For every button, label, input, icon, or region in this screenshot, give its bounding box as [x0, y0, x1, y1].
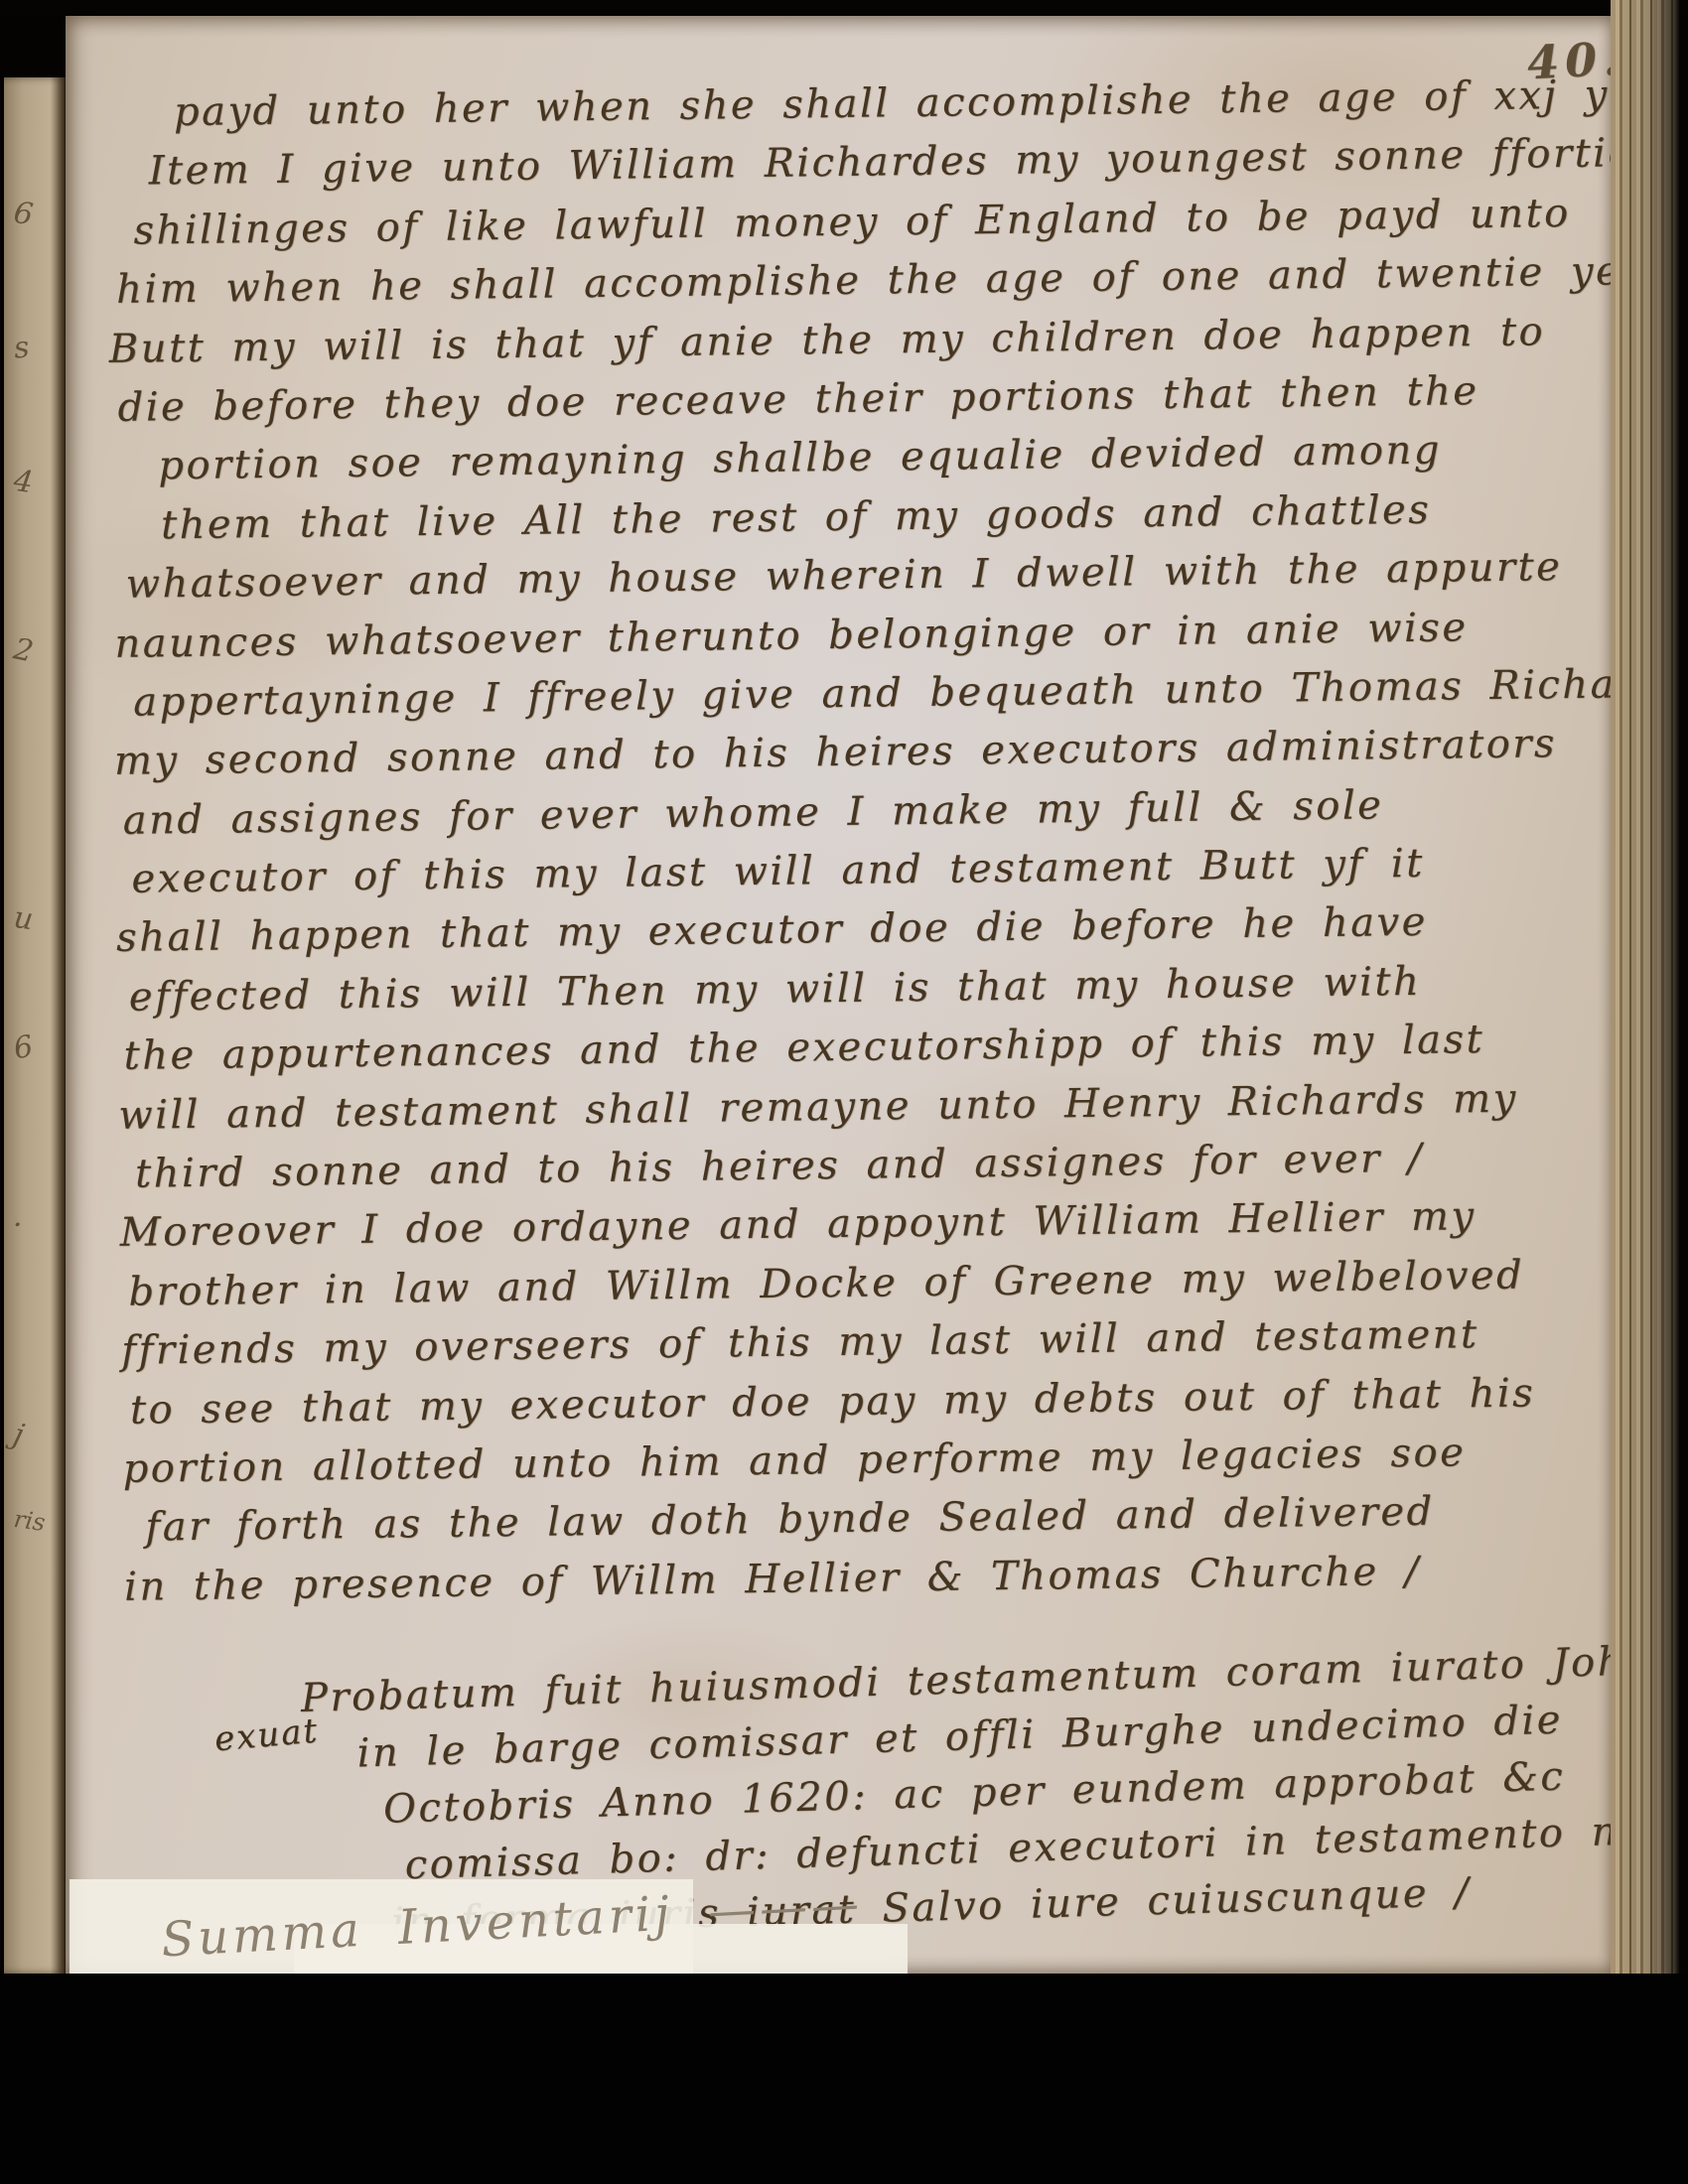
facing-page-ink-fragment: 4 — [12, 464, 36, 500]
book-page-edges — [1611, 0, 1680, 1974]
will-body-text: payd unto her when she shall accomplishe… — [66, 67, 1611, 1618]
manuscript-photo: 6 s 4 2 u 6 . j ris 40. payd unto her wh… — [0, 0, 1688, 2184]
facing-page-ink-fragment: 2 — [11, 631, 37, 669]
facing-page-ink-fragment: u — [12, 900, 36, 937]
facing-page-ink-fragment: ris — [12, 1505, 47, 1537]
facing-page-ink-fragment: 6 — [12, 196, 36, 232]
facing-page-ink-fragment: . — [12, 1199, 26, 1235]
facing-page-ink-fragment: j — [10, 1417, 28, 1452]
bottom-black-border — [0, 1974, 1688, 2184]
top-black-border — [0, 0, 1688, 16]
facing-page-ink-fragment: 6 — [11, 1029, 36, 1067]
facing-page-ink-fragment: s — [12, 330, 31, 365]
manuscript-page: 40. payd unto her when she shall accompl… — [66, 16, 1611, 1974]
facing-page-sliver: 6 s 4 2 u 6 . j ris — [4, 77, 66, 1974]
